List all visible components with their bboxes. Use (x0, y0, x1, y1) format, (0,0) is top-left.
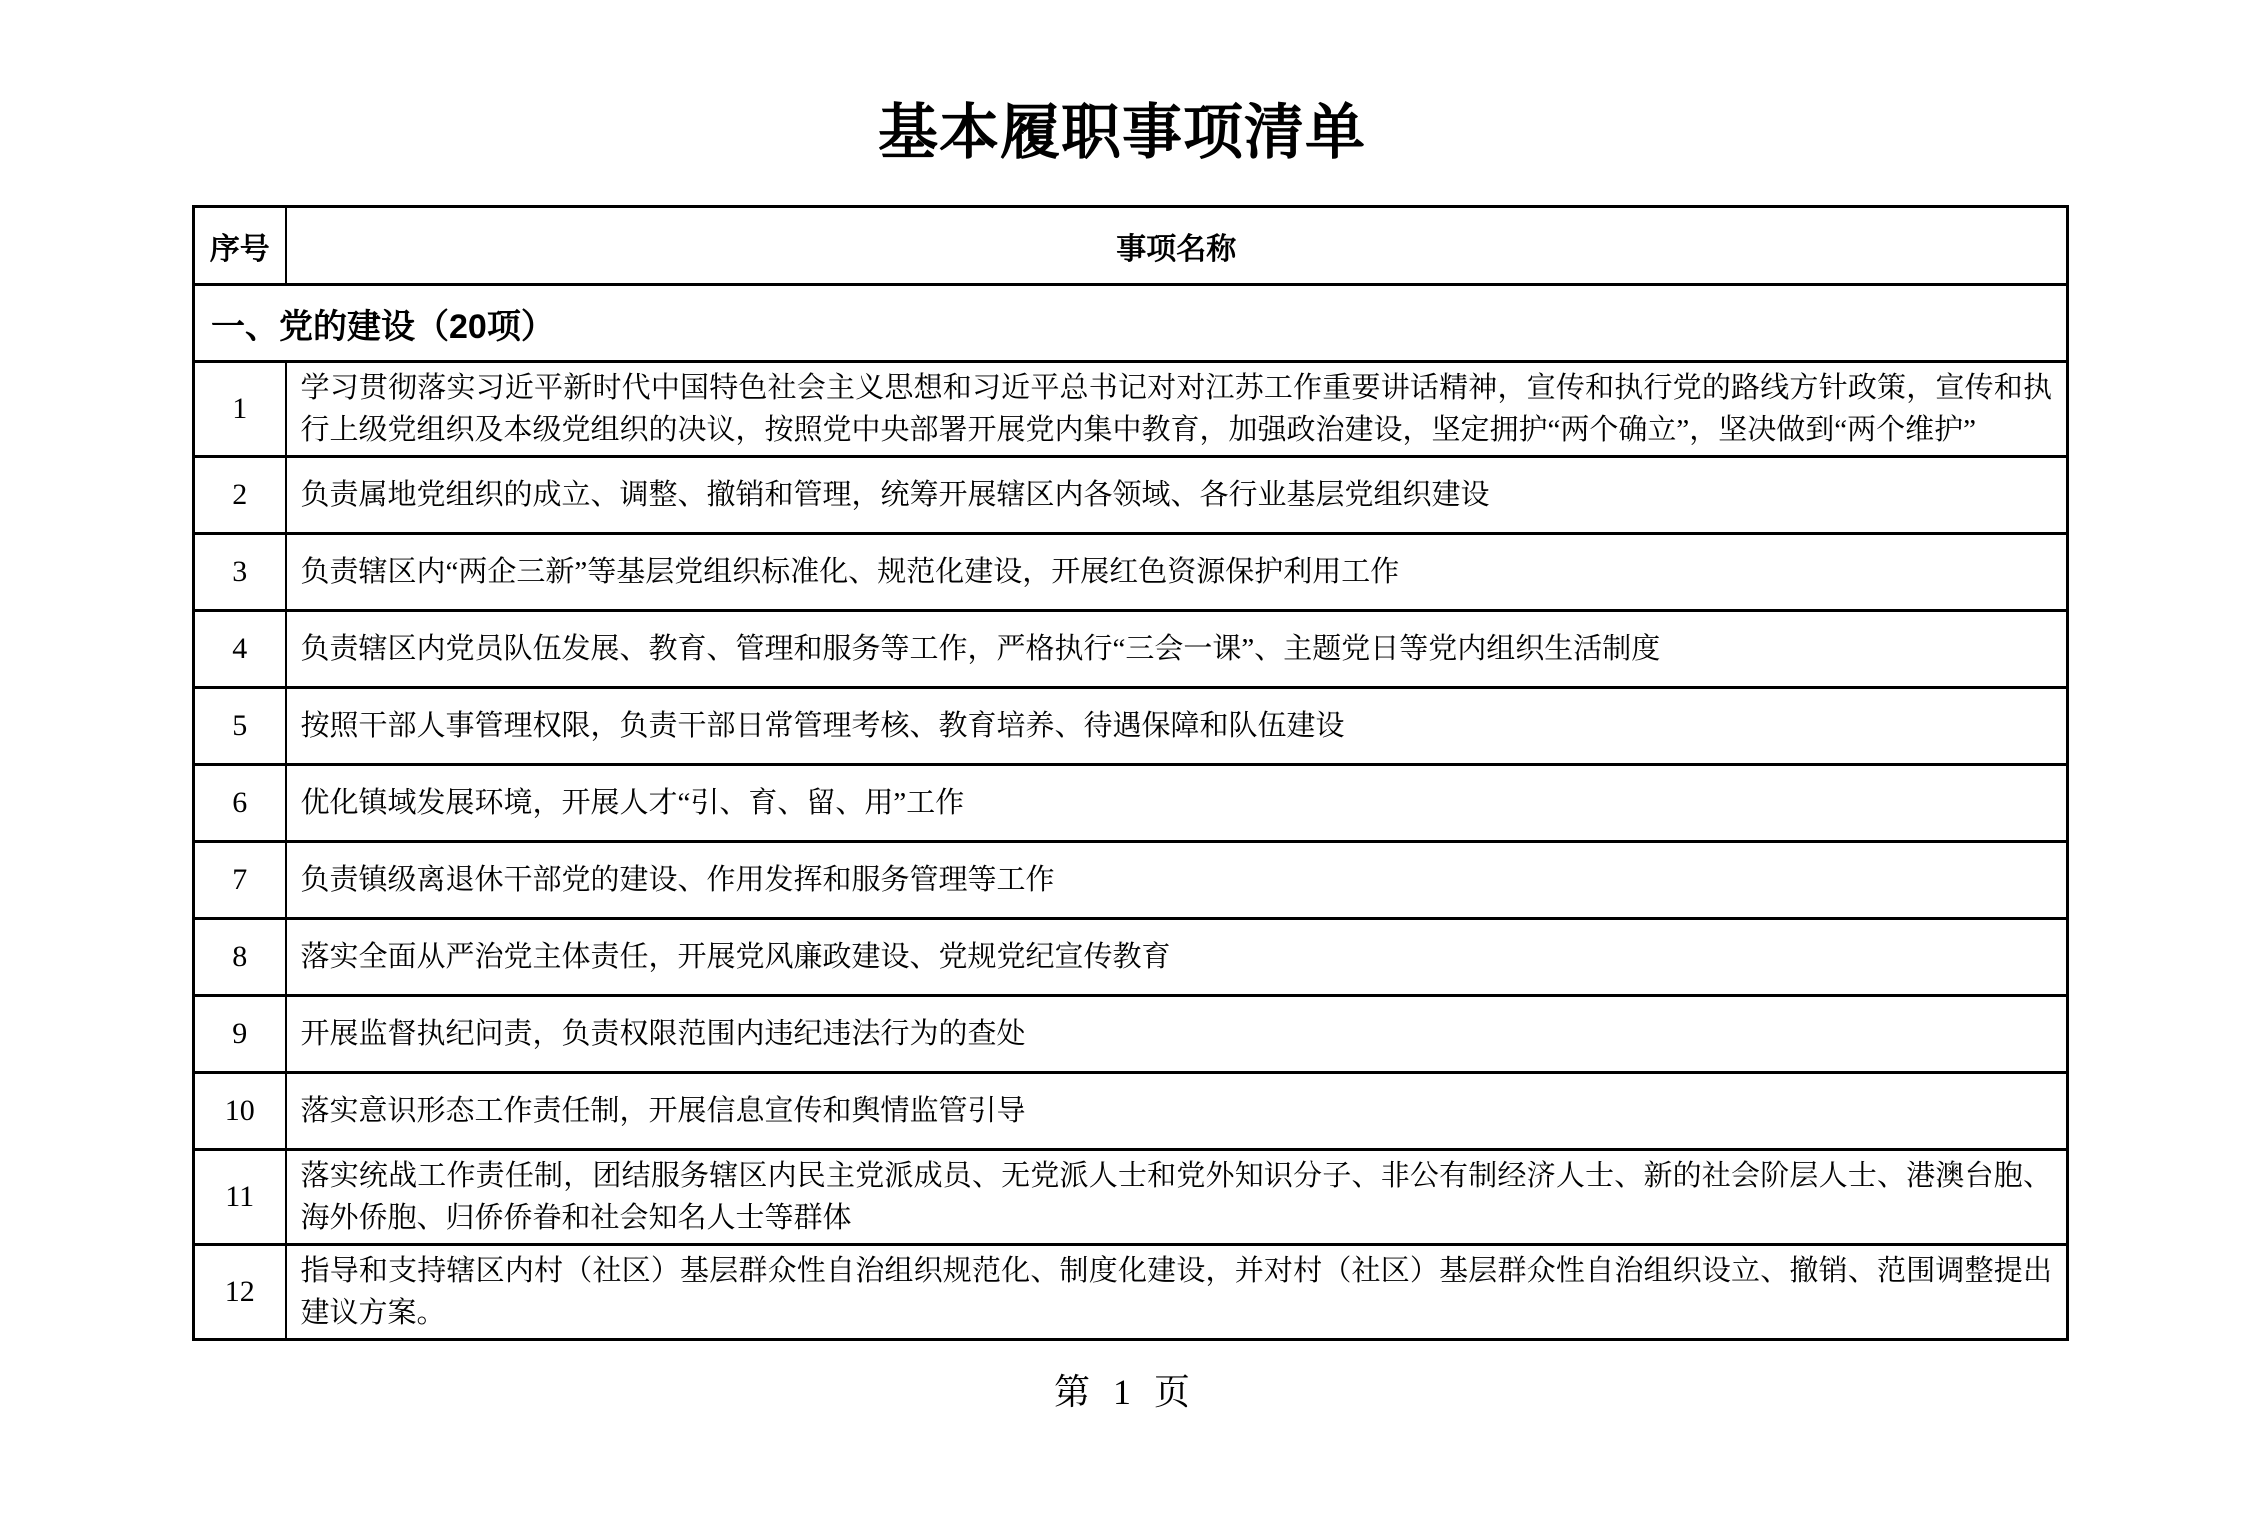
row-number: 9 (194, 996, 286, 1073)
column-header-serial-number: 序号 (194, 207, 286, 285)
table-row: 12 指导和支持辖区内村（社区）基层群众性自治组织规范化、制度化建设，并对村（社… (194, 1245, 2068, 1340)
table-row: 8 落实全面从严治党主体责任，开展党风廉政建设、党规党纪宣传教育 (194, 919, 2068, 996)
page-number: 第 1 页 (0, 1364, 2244, 1415)
table-row: 11 落实统战工作责任制，团结服务辖区内民主党派成员、无党派人士和党外知识分子、… (194, 1150, 2068, 1245)
table-row: 4 负责辖区内党员队伍发展、教育、管理和服务等工作，严格执行“三会一课”、主题党… (194, 611, 2068, 688)
section-title: 一、党的建设（20项） (194, 285, 2068, 362)
row-number: 4 (194, 611, 286, 688)
row-number: 2 (194, 457, 286, 534)
table-row: 5 按照干部人事管理权限，负责干部日常管理考核、教育培养、待遇保障和队伍建设 (194, 688, 2068, 765)
row-item-text: 按照干部人事管理权限，负责干部日常管理考核、教育培养、待遇保障和队伍建设 (286, 688, 2068, 765)
row-item-text: 开展监督执纪问责，负责权限范围内违纪违法行为的查处 (286, 996, 2068, 1073)
row-number: 1 (194, 362, 286, 457)
table-header-row: 序号 事项名称 (194, 207, 2068, 285)
row-item-text: 负责辖区内“两企三新”等基层党组织标准化、规范化建设，开展红色资源保护利用工作 (286, 534, 2068, 611)
row-number: 8 (194, 919, 286, 996)
row-number: 10 (194, 1073, 286, 1150)
table-row: 3 负责辖区内“两企三新”等基层党组织标准化、规范化建设，开展红色资源保护利用工… (194, 534, 2068, 611)
table-row: 1 学习贯彻落实习近平新时代中国特色社会主义思想和习近平总书记对对江苏工作重要讲… (194, 362, 2068, 457)
row-item-text: 学习贯彻落实习近平新时代中国特色社会主义思想和习近平总书记对对江苏工作重要讲话精… (286, 362, 2068, 457)
table-row: 10 落实意识形态工作责任制，开展信息宣传和舆情监管引导 (194, 1073, 2068, 1150)
table-row: 7 负责镇级离退休干部党的建设、作用发挥和服务管理等工作 (194, 842, 2068, 919)
section-header-row: 一、党的建设（20项） (194, 285, 2068, 362)
document-page: 基本履职事项清单 序号 事项名称 一、党的建设（20项） 1 学习贯彻落实习近平… (0, 0, 2244, 1516)
row-number: 11 (194, 1150, 286, 1245)
row-item-text: 落实统战工作责任制，团结服务辖区内民主党派成员、无党派人士和党外知识分子、非公有… (286, 1150, 2068, 1245)
row-number: 3 (194, 534, 286, 611)
page-title: 基本履职事项清单 (0, 100, 2244, 166)
row-number: 12 (194, 1245, 286, 1340)
row-item-text: 指导和支持辖区内村（社区）基层群众性自治组织规范化、制度化建设，并对村（社区）基… (286, 1245, 2068, 1340)
row-item-text: 负责镇级离退休干部党的建设、作用发挥和服务管理等工作 (286, 842, 2068, 919)
table-row: 6 优化镇域发展环境，开展人才“引、育、留、用”工作 (194, 765, 2068, 842)
row-item-text: 优化镇域发展环境，开展人才“引、育、留、用”工作 (286, 765, 2068, 842)
row-item-text: 落实意识形态工作责任制，开展信息宣传和舆情监管引导 (286, 1073, 2068, 1150)
row-item-text: 负责属地党组织的成立、调整、撤销和管理，统筹开展辖区内各领域、各行业基层党组织建… (286, 457, 2068, 534)
row-number: 5 (194, 688, 286, 765)
row-number: 6 (194, 765, 286, 842)
row-item-text: 落实全面从严治党主体责任，开展党风廉政建设、党规党纪宣传教育 (286, 919, 2068, 996)
table-row: 9 开展监督执纪问责，负责权限范围内违纪违法行为的查处 (194, 996, 2068, 1073)
row-number: 7 (194, 842, 286, 919)
column-header-item-name: 事项名称 (286, 207, 2068, 285)
duties-table: 序号 事项名称 一、党的建设（20项） 1 学习贯彻落实习近平新时代中国特色社会… (192, 205, 2069, 1341)
table-row: 2 负责属地党组织的成立、调整、撤销和管理，统筹开展辖区内各领域、各行业基层党组… (194, 457, 2068, 534)
row-item-text: 负责辖区内党员队伍发展、教育、管理和服务等工作，严格执行“三会一课”、主题党日等… (286, 611, 2068, 688)
